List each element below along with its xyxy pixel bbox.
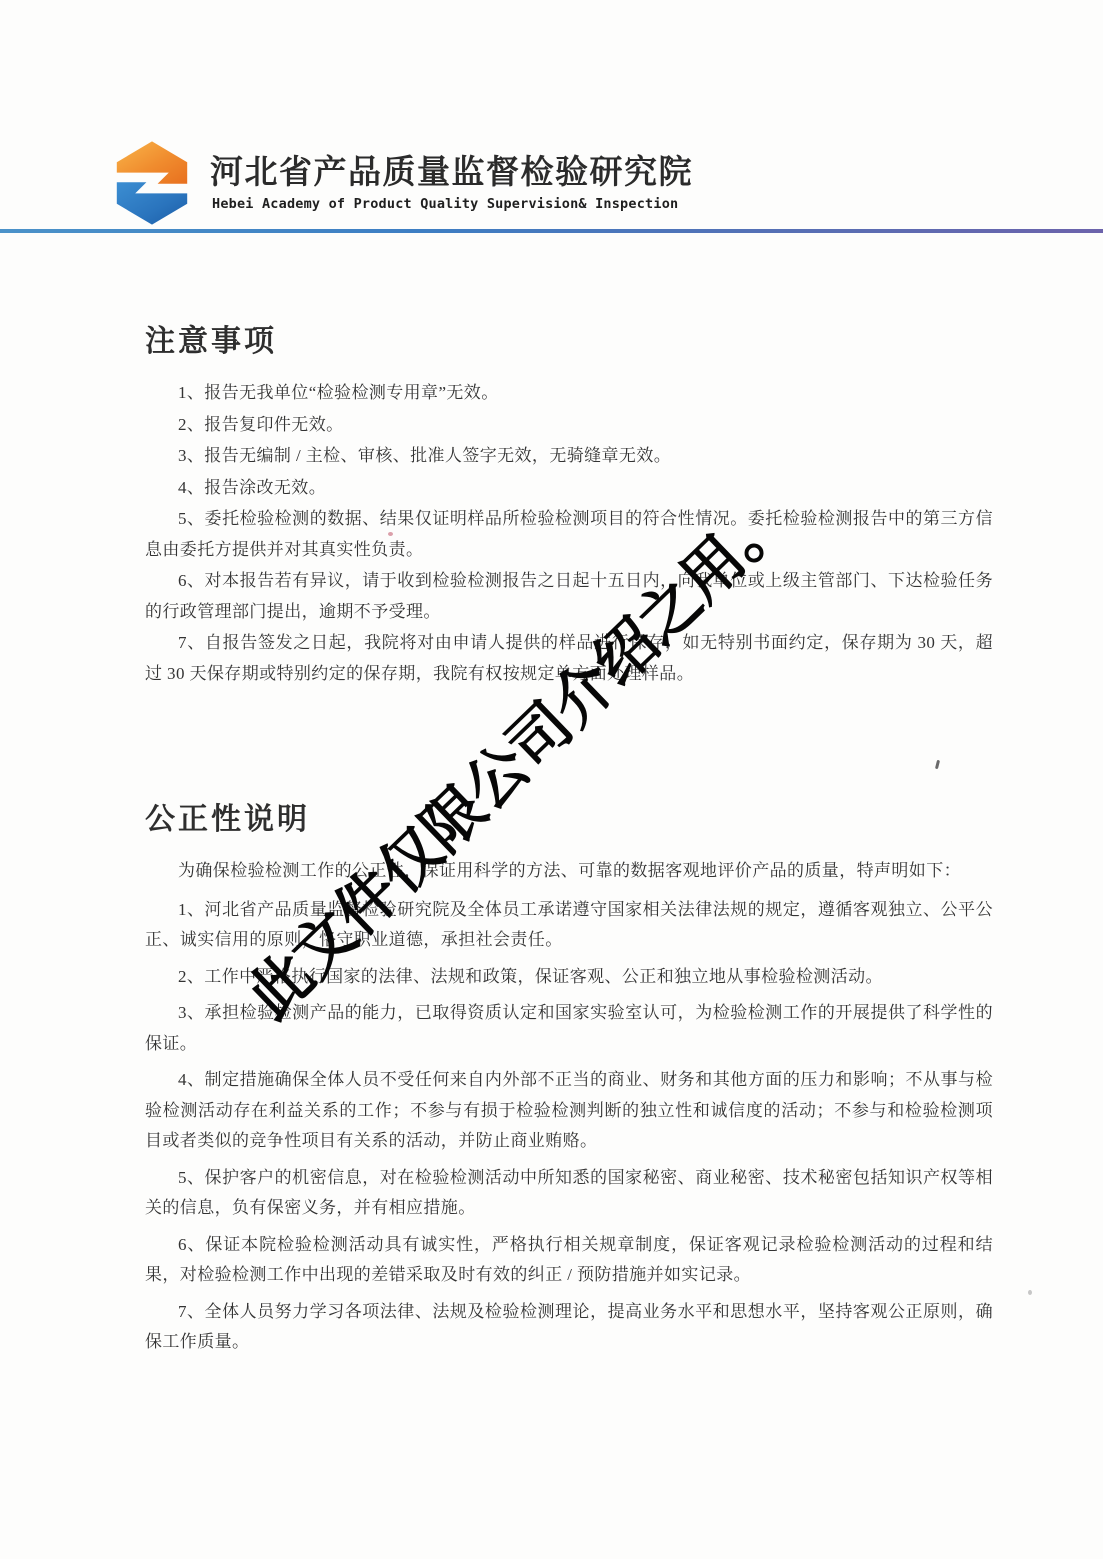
impartiality-item: 2、工作中严格执行国家的法律、法规和政策，保证客观、公正和独立地从事检验检测活动… — [145, 962, 993, 993]
header-divider — [0, 229, 1103, 233]
scanned-report-page: 河北省产品质量监督检验研究院 Hebei Academy of Product … — [0, 0, 1103, 1559]
org-name-zh: 河北省产品质量监督检验研究院 — [210, 146, 693, 193]
scan-speck — [935, 760, 940, 769]
notice-item: 1、报告无我单位“检验检测专用章”无效。 — [145, 378, 993, 409]
impartiality-section: 公正性说明 为确保检验检测工作的公正性，保证用科学的方法、可靠的数据客观地评价产… — [145, 794, 993, 1364]
hexagon-z-logo-icon — [112, 139, 192, 227]
notice-title: 注意事项 — [145, 316, 993, 360]
impartiality-item: 4、制定措施确保全体人员不受任何来自内外部不正当的商业、财务和其他方面的压力和影… — [145, 1065, 993, 1157]
impartiality-item: 3、承担检验检测产品的能力，已取得资质认定和国家实验室认可，为检验检测工作的开展… — [145, 998, 993, 1059]
notice-item: 2、报告复印件无效。 — [145, 410, 993, 441]
impartiality-item: 5、保护客户的机密信息，对在检验检测活动中所知悉的国家秘密、商业秘密、技术秘密包… — [145, 1163, 993, 1224]
notice-section: 注意事项 1、报告无我单位“检验检测专用章”无效。 2、报告复印件无效。 3、报… — [145, 316, 993, 690]
impartiality-title: 公正性说明 — [145, 794, 993, 838]
notice-item: 5、委托检验检测的数据、结果仅证明样品所检验检测项目的符合性情况。委托检验检测报… — [145, 504, 993, 565]
impartiality-item: 6、保证本院检验检测活动具有诚实性，严格执行相关规章制度，保证客观记录检验检测活… — [145, 1230, 993, 1291]
scan-speck — [388, 532, 393, 536]
impartiality-intro: 为确保检验检测工作的公正性，保证用科学的方法、可靠的数据客观地评价产品的质量，特… — [145, 856, 993, 887]
notice-item: 4、报告涂改无效。 — [145, 473, 993, 504]
impartiality-item: 7、全体人员努力学习各项法律、法规及检验检测理论，提高业务水平和思想水平，坚持客… — [145, 1297, 993, 1358]
org-name-en: Hebei Academy of Product Quality Supervi… — [212, 196, 678, 212]
notice-item: 3、报告无编制 / 主检、审核、批准人签字无效，无骑缝章无效。 — [145, 441, 993, 472]
scan-speck — [1028, 1290, 1032, 1295]
impartiality-item: 1、河北省产品质量监督检验研究院及全体员工承诺遵守国家相关法律法规的规定，遵循客… — [145, 895, 993, 956]
notice-item: 6、对本报告若有异议，请于收到检验检测报告之日起十五日内，向我单位或上级主管部门… — [145, 566, 993, 627]
notice-item: 7、自报告签发之日起，我院将对由申请人提供的样品进行保存，如无特别书面约定，保存… — [145, 628, 993, 689]
